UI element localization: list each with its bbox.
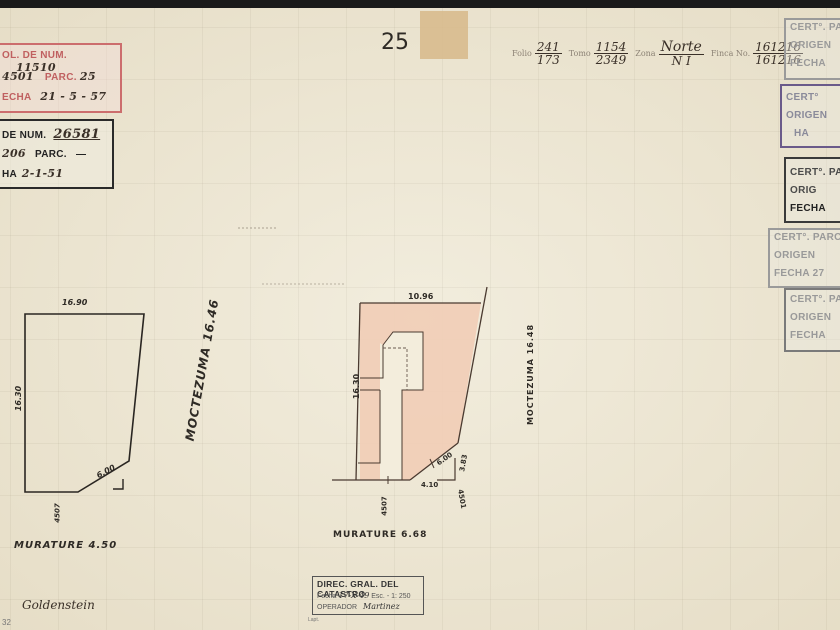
signature-code: 32 <box>2 618 11 627</box>
catastro-stamp: DIREC. GRAL. DEL CATASTRO Fecha 17-X-49 … <box>312 576 424 615</box>
right-side-dimension: 16.30 <box>352 374 361 399</box>
right-top-dimension: 10.96 <box>408 292 433 301</box>
left-bottom-code: 4507 <box>54 503 62 522</box>
right-street-bottom: MURATURE 6.68 <box>333 530 427 540</box>
left-street-bottom: MURATURE 4.50 <box>14 540 117 551</box>
signature: Goldenstein <box>22 598 95 612</box>
right-street-right: MOCTEZUMA 16.48 <box>526 324 535 425</box>
left-corner-mark <box>113 479 123 489</box>
catastro-note: Lapt. <box>308 617 319 623</box>
left-top-dimension: 16.90 <box>62 298 87 307</box>
right-bottom-dimension: 4.10 <box>421 481 438 489</box>
right-bottom-code: 4507 <box>381 496 389 515</box>
left-parcel-outline <box>25 314 144 492</box>
left-side-dimension: 16.30 <box>14 386 23 411</box>
